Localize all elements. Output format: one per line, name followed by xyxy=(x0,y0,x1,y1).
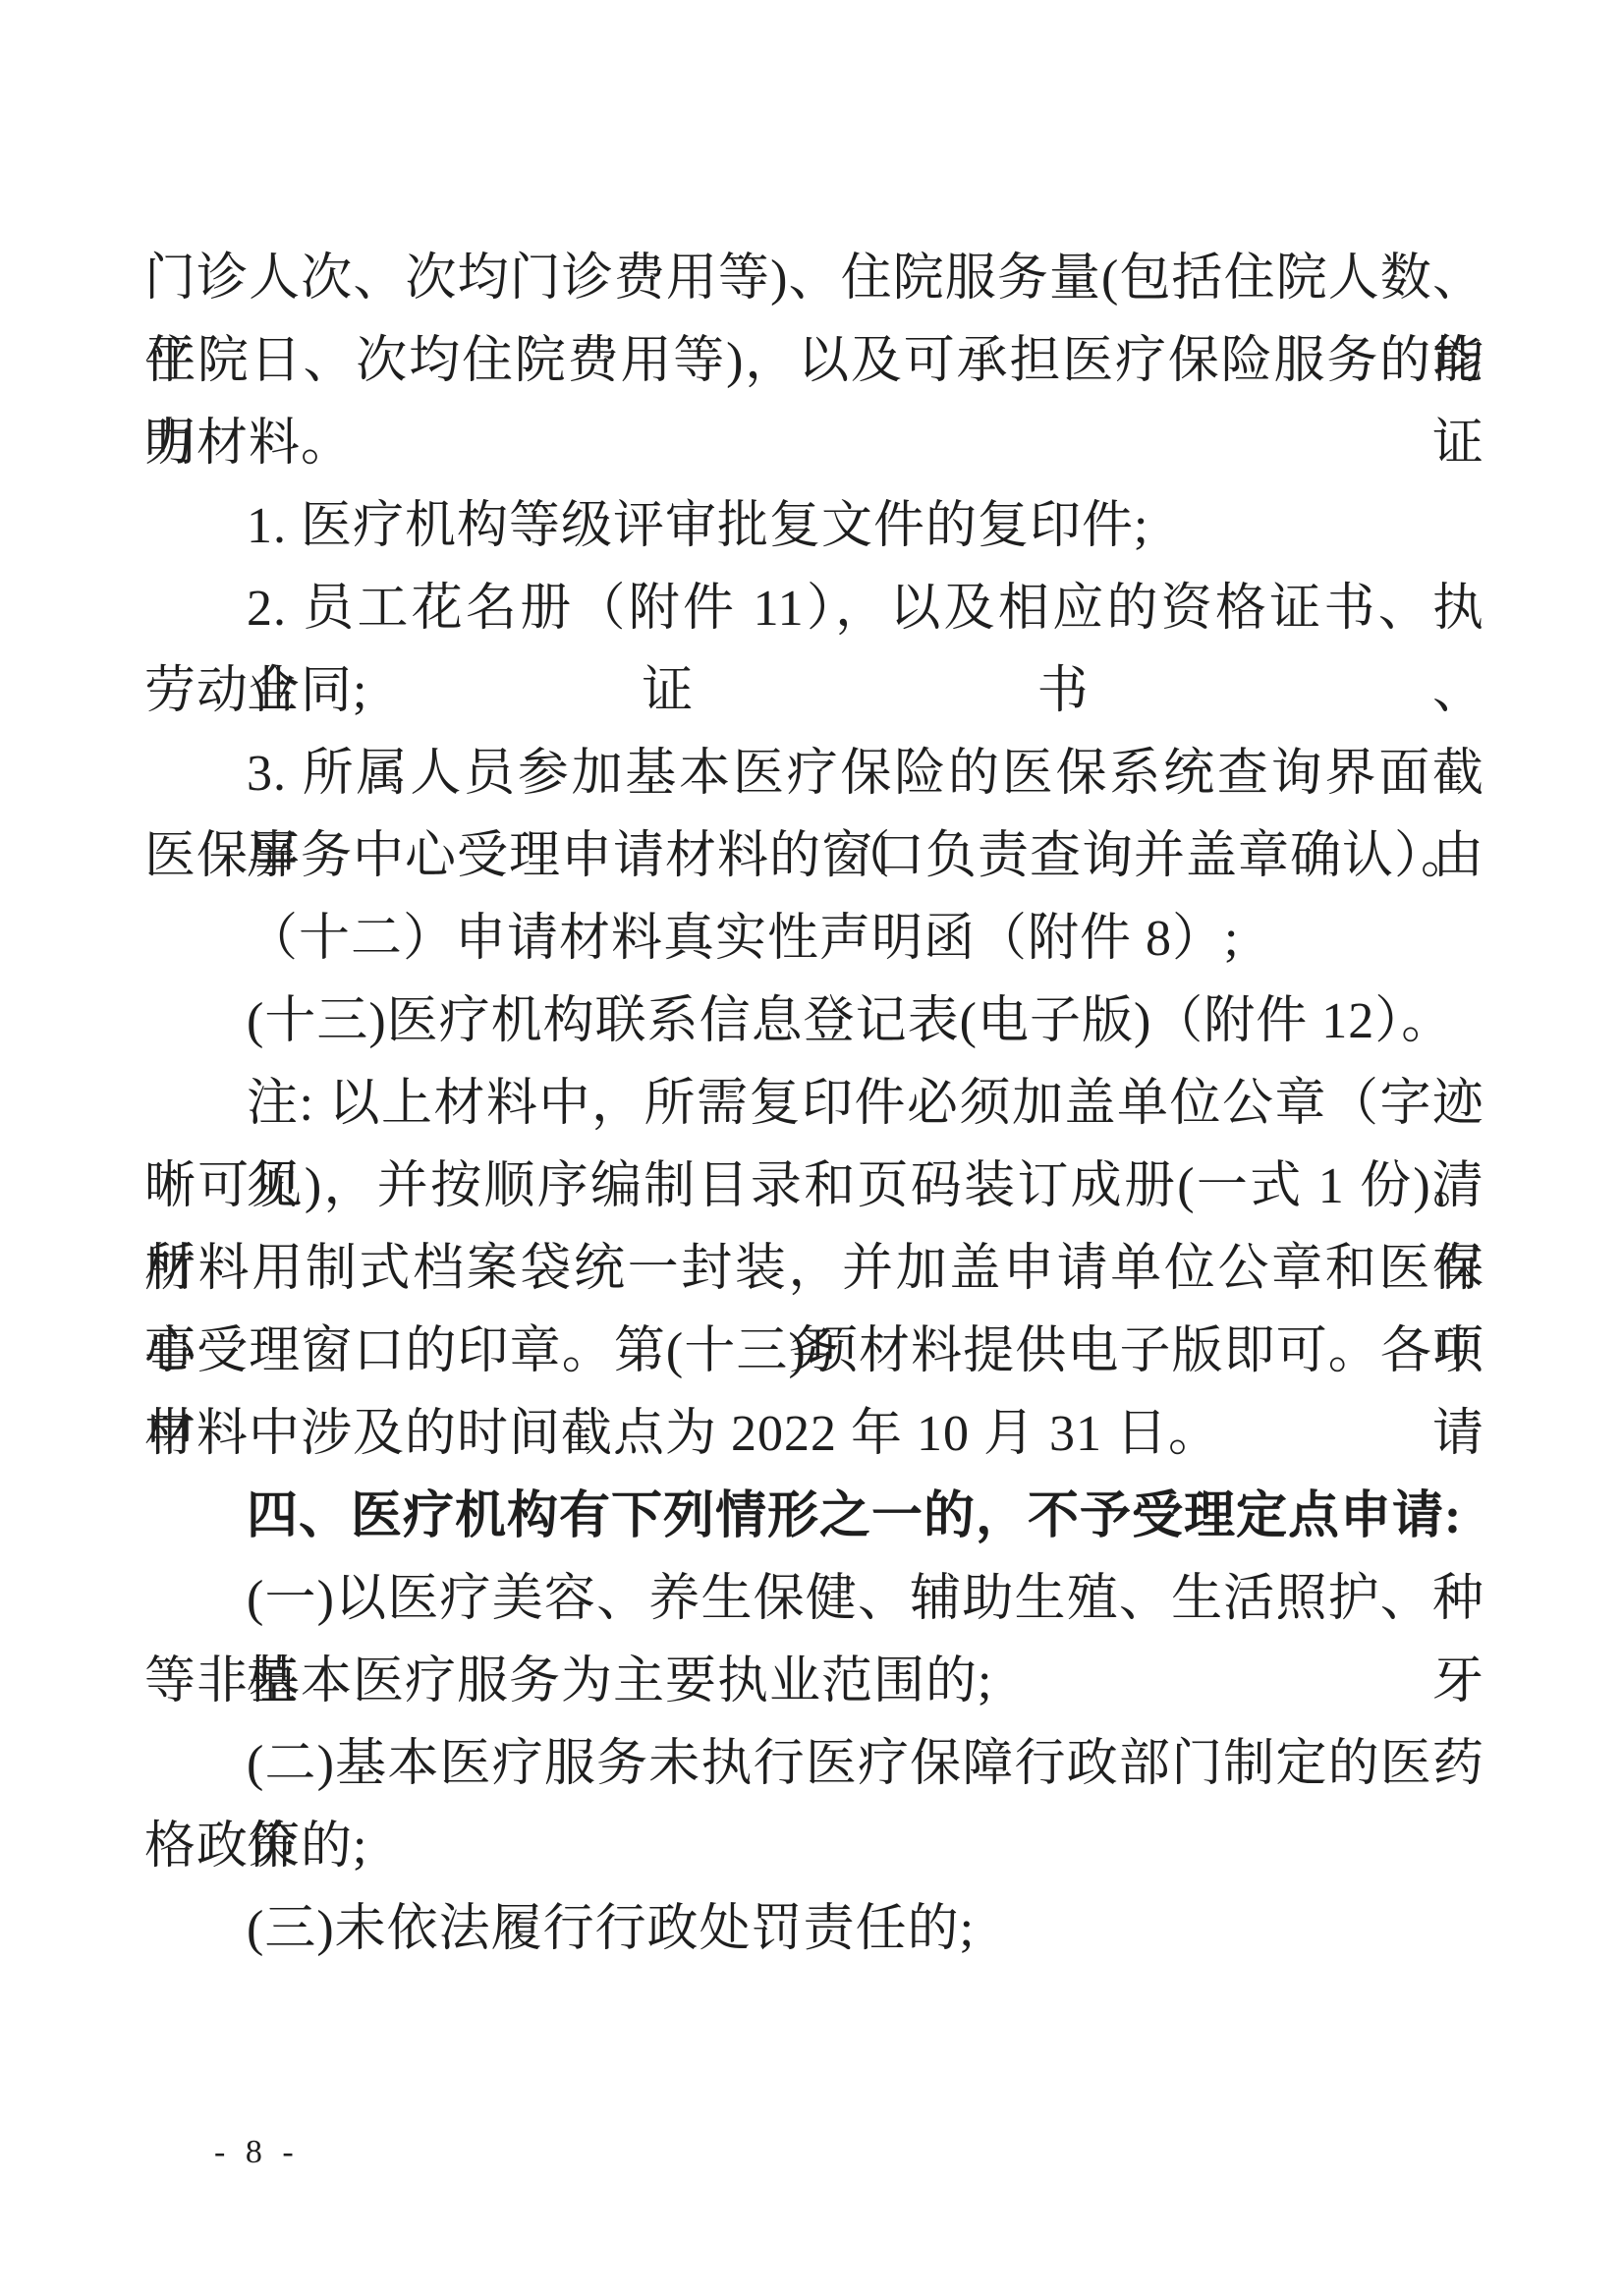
page-number: - 8 - xyxy=(214,2134,300,2171)
text-line: 心受理窗口的印章。第(十三)项材料提供电子版即可。各项申请 xyxy=(144,1311,1484,1393)
text-line: 住院日、次均住院费用等)，以及可承担医疗保险服务的能力证 xyxy=(144,320,1484,403)
list-item: (十三)医疗机构联系信息登记表(电子版)（附件 12）。 xyxy=(144,980,1484,1063)
list-item: 1. 医疗机构等级评审批复文件的复印件; xyxy=(144,485,1484,568)
list-item: 2. 员工花名册（附件 11），以及相应的资格证书、执业证书、 xyxy=(144,568,1484,650)
list-item: 3. 所属人员参加基本医疗保险的医保系统查询界面截屏（由 xyxy=(144,733,1484,815)
section-heading: 四、医疗机构有下列情形之一的，不予受理定点申请: xyxy=(144,1476,1484,1558)
list-item: （十二）申请材料真实性声明函（附件 8）; xyxy=(144,898,1484,980)
text-line: 格政策的; xyxy=(144,1806,1484,1888)
text-line: 门诊人次、次均门诊费用等)、住院服务量(包括住院人数、平均 xyxy=(144,238,1484,320)
text-line: 晰可见)，并按顺序编制目录和页码装订成册(一式 1 份)。所有 xyxy=(144,1146,1484,1228)
text-line: 医保事务中心受理申请材料的窗口负责查询并盖章确认）。 xyxy=(144,815,1484,898)
note-line: 注: 以上材料中，所需复印件必须加盖单位公章（字迹须清 xyxy=(144,1063,1484,1146)
list-item: (三)未依法履行行政处罚责任的; xyxy=(144,1888,1484,1971)
document-page: 门诊人次、次均门诊费用等)、住院服务量(包括住院人数、平均 住院日、次均住院费用… xyxy=(0,0,1623,2296)
text-line: 材料用制式档案袋统一封装，并加盖申请单位公章和医保事务中 xyxy=(144,1228,1484,1311)
document-text: 门诊人次、次均门诊费用等)、住院服务量(包括住院人数、平均 住院日、次均住院费用… xyxy=(144,238,1484,1971)
list-item: (一)以医疗美容、养生保健、辅助生殖、生活照护、种植牙 xyxy=(144,1558,1484,1641)
list-item: (二)基本医疗服务未执行医疗保障行政部门制定的医药价 xyxy=(144,1723,1484,1806)
